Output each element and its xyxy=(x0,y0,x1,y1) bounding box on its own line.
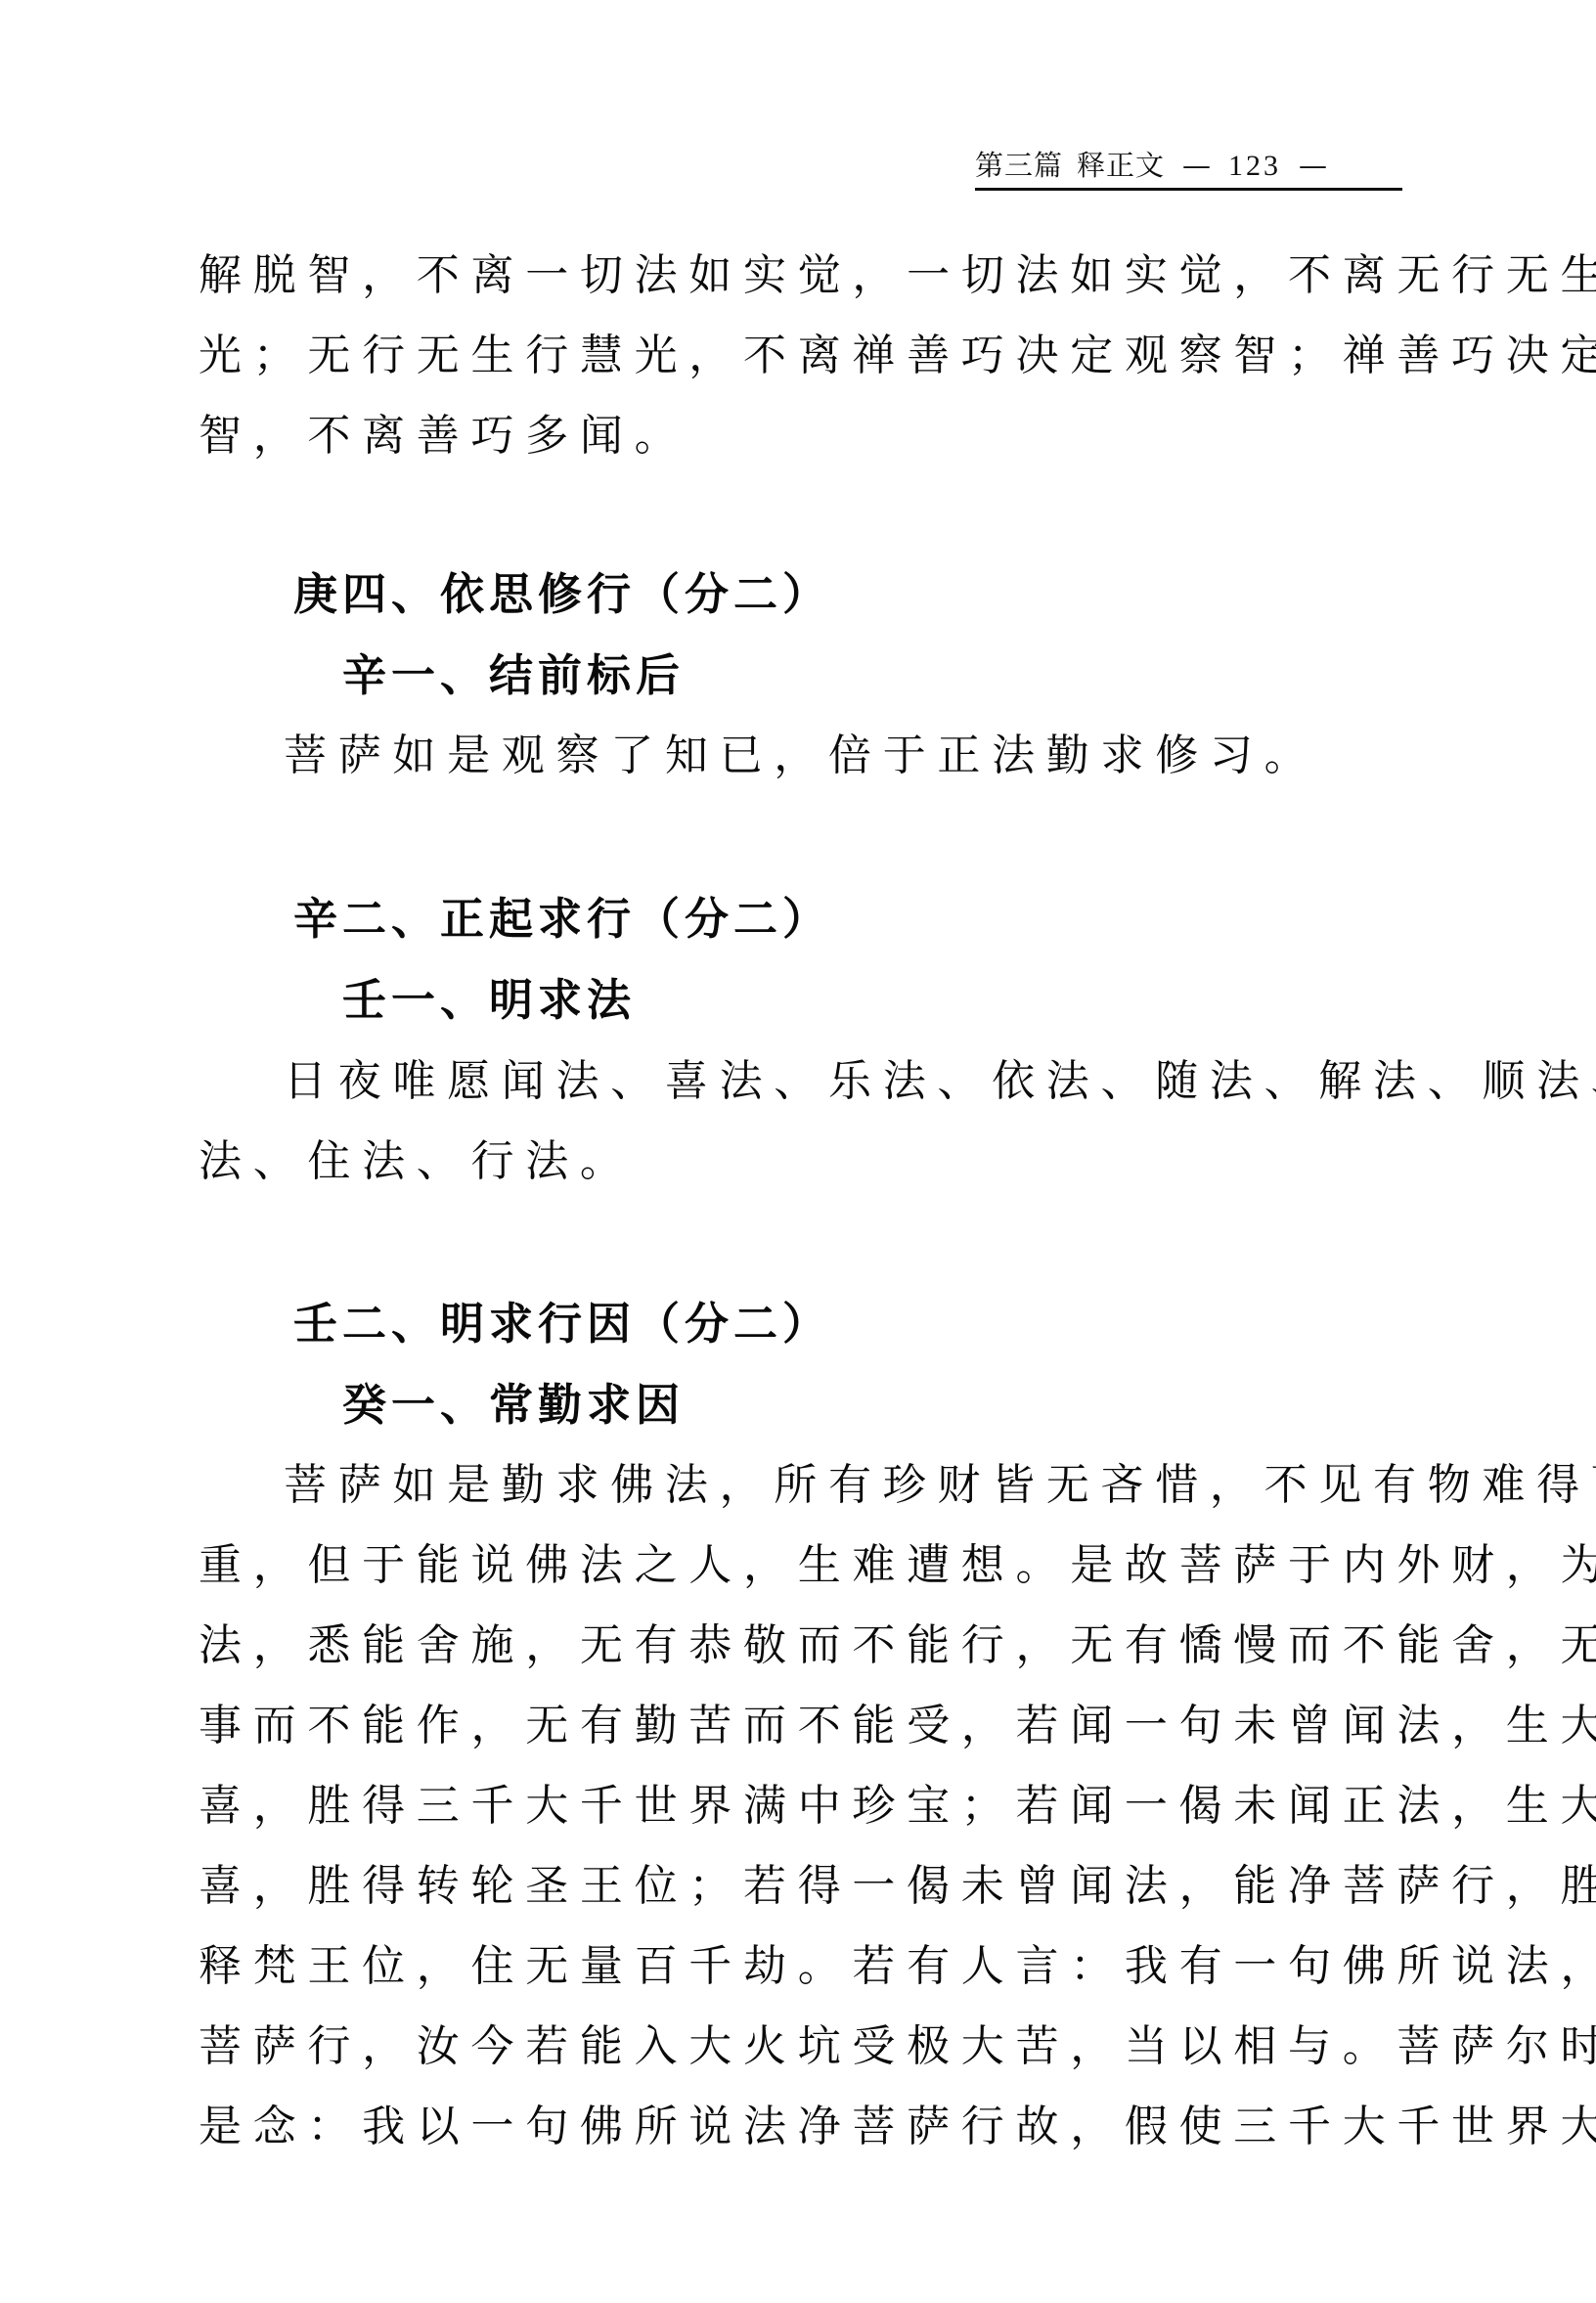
heading-level-1: 庚四、依思修行（分二） xyxy=(293,567,831,622)
paragraph-1-line-1: 解脱智，不离一切法如实觉，一切法如实觉，不离无行无生行慧 xyxy=(199,248,1596,303)
header-section-label: 第三篇 xyxy=(975,149,1063,182)
paragraph-1-line-3: 智，不离善巧多闻。 xyxy=(199,409,688,464)
paragraph-1-line-2: 光；无行无生行慧光，不离禅善巧决定观察智；禅善巧决定观察 xyxy=(199,329,1596,383)
heading-level-2: 辛一、结前标后 xyxy=(342,648,685,703)
paragraph-2-line-1: 菩萨如是观察了知已，倍于正法勤求修习。 xyxy=(284,729,1318,783)
paragraph-4-line-9: 是念：我以一句佛所说法净菩萨行故，假使三千大千世界大火满 xyxy=(199,2100,1596,2154)
paragraph-4-line-8: 菩萨行，汝今若能入大火坑受极大苦，当以相与。菩萨尔时作如 xyxy=(199,2019,1596,2074)
paragraph-4-line-4: 事而不能作，无有勤苦而不能受，若闻一句未曾闻法，生大欢 xyxy=(199,1699,1596,1753)
paragraph-4-line-2: 重，但于能说佛法之人，生难遭想。是故菩萨于内外财，为求佛 xyxy=(199,1538,1596,1593)
paragraph-3-line-2: 法、住法、行法。 xyxy=(199,1134,635,1189)
paragraph-4-line-6: 喜，胜得转轮圣王位；若得一偈未曾闻法，能净菩萨行，胜得帝 xyxy=(199,1859,1596,1914)
paragraph-4-line-7: 释梵王位，住无量百千劫。若有人言：我有一句佛所说法，能净 xyxy=(199,1939,1596,1994)
heading-level-2: 壬一、明求法 xyxy=(342,973,636,1028)
running-header: 第三篇释正文—123— xyxy=(975,147,1402,191)
heading-level-2: 癸一、常勤求因 xyxy=(342,1378,685,1433)
heading-level-1: 辛二、正起求行（分二） xyxy=(293,892,831,947)
paragraph-4-line-3: 法，悉能舍施，无有恭敬而不能行，无有憍慢而不能舍，无有承 xyxy=(199,1618,1596,1673)
page-number: 123 xyxy=(1228,150,1281,182)
paragraph-4-line-5: 喜，胜得三千大千世界满中珍宝；若闻一偈未闻正法，生大欢 xyxy=(199,1779,1596,1834)
heading-level-1: 壬二、明求行因（分二） xyxy=(293,1297,831,1351)
header-dash-right: — xyxy=(1299,147,1327,184)
header-dash-left: — xyxy=(1182,147,1211,184)
paragraph-4-line-1: 菩萨如是勤求佛法，所有珍财皆无吝惜，不见有物难得可 xyxy=(284,1458,1596,1513)
paragraph-3-line-1: 日夜唯愿闻法、喜法、乐法、依法、随法、解法、顺法、到 xyxy=(284,1054,1596,1109)
header-chapter-title: 释正文 xyxy=(1077,149,1165,182)
